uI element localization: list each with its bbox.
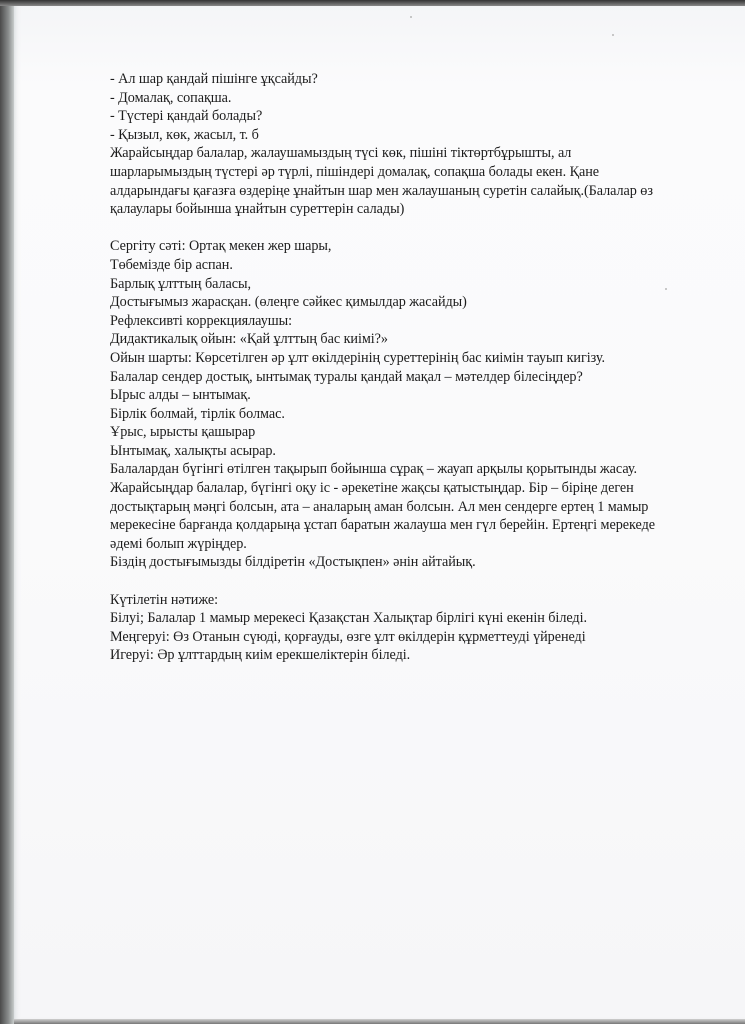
exercise-line: Дидактикалық ойын: «Қай ұлттың бас киімі… [110,330,720,349]
blank-line [110,219,720,238]
scan-speck [612,34,614,36]
dialogue-line: - Домалақ, сопақша. [110,89,720,108]
exercise-line: Достығымыз жарасқан. (өлеңге сәйкес қимы… [110,293,720,312]
scan-left-edge [0,0,14,1024]
exercise-line: Сергіту сәті: Ортақ мекен жер шары, [110,237,720,256]
scanned-document: - Ал шар қандай пішінге ұқсайды? - Домал… [0,0,745,1024]
exercise-line: достықтарың мәңгі болсын, ата – аналарың… [110,498,720,517]
dialogue-line: - Түстері қандай болады? [110,107,720,126]
dialogue-line: - Ал шар қандай пішінге ұқсайды? [110,70,720,89]
scan-speck [410,16,412,18]
paragraph-line: шарларымыздың түстері әр түрлі, пішіндер… [110,163,720,182]
exercise-line: Барлық ұлттың баласы, [110,275,720,294]
paragraph-line: қалаулары бойынша ұнайтын суреттерін сал… [110,200,720,219]
results-line: Білуі; Балалар 1 мамыр мерекесі Қазақста… [110,609,720,628]
exercise-line: Төбемізде бір аспан. [110,256,720,275]
paragraph-line: алдарындағы қағазға өздеріңе ұнайтын шар… [110,182,720,201]
exercise-line: Ойын шарты: Көрсетілген әр ұлт өкілдерін… [110,349,720,368]
results-line: Меңгеруі: Өз Отанын сүюді, қорғауды, өзг… [110,628,720,647]
exercise-line: Біздің достығымызды білдіретін «Достықпе… [110,553,720,572]
summary-paragraph: Жарайсыңдар балалар, жалаушамыздың түсі … [110,144,720,218]
document-body: - Ал шар қандай пішінге ұқсайды? - Домал… [110,70,720,665]
proverb-line: Ынтымақ, халықты асырар. [110,442,720,461]
dialogue-line: - Қызыл, көк, жасыл, т. б [110,126,720,145]
results-line: Игеруі: Әр ұлттардың киім ерекшеліктерін… [110,646,720,665]
proverb-line: Ырыс алды – ынтымақ. [110,386,720,405]
dialogue-section: - Ал шар қандай пішінге ұқсайды? - Домал… [110,70,720,144]
exercise-line: Рефлексивті коррекциялаушы: [110,312,720,331]
scan-top-edge [0,0,745,6]
exercise-section: Сергіту сәті: Ортақ мекен жер шары, Төбе… [110,237,720,572]
blank-line [110,572,720,591]
exercise-line: Балалардан бүгінгі өтілген тақырып бойын… [110,460,720,479]
proverb-line: Бірлік болмай, тірлік болмас. [110,405,720,424]
exercise-line: Балалар сендер достық, ынтымақ туралы қа… [110,368,720,387]
exercise-line: мерекесіне барғанда қолдарыңа ұстап бара… [110,516,720,535]
scan-bottom-edge [14,1019,745,1024]
expected-results-section: Күтілетін нәтиже: Білуі; Балалар 1 мамыр… [110,591,720,665]
exercise-line: Жарайсыңдар балалар, бүгінгі оқу іс - әр… [110,479,720,498]
exercise-line: әдемі болып жүріңдер. [110,535,720,554]
proverb-line: Ұрыс, ырысты қашырар [110,423,720,442]
paragraph-line: Жарайсыңдар балалар, жалаушамыздың түсі … [110,144,720,163]
results-heading: Күтілетін нәтиже: [110,591,720,610]
